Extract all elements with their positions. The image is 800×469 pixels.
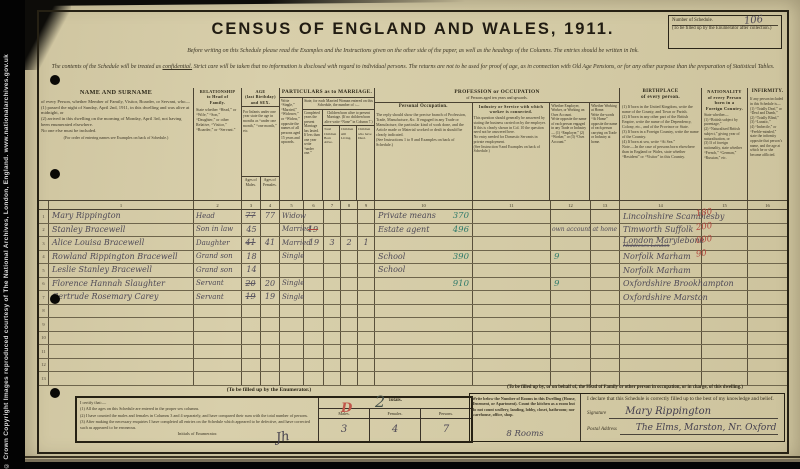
cell-marital-condition	[280, 372, 304, 385]
householder-box: Write below the Number of Rooms in this …	[469, 393, 785, 442]
cell-children-born	[324, 345, 341, 358]
cell-occupation: 910	[375, 278, 473, 291]
cell-relationship	[194, 332, 242, 345]
cell-age-male	[242, 332, 261, 345]
table-row: 1 Mary Rippington Head 77 77 Widow Priva…	[39, 210, 787, 224]
cell-name	[49, 345, 194, 358]
colnum-12: 12	[551, 201, 591, 209]
cell-occupation	[375, 345, 473, 358]
table-row: 12	[39, 359, 787, 373]
cell-industry	[473, 278, 551, 291]
cell-relationship: Grand son	[194, 251, 242, 264]
cell-marital-condition	[280, 305, 304, 318]
table-row: 3 Alice Louisa Bracewell Daughter 41 41 …	[39, 237, 787, 251]
row-number: 11	[39, 345, 49, 358]
colnum-7: 7	[324, 201, 341, 209]
cell-occupation	[375, 332, 473, 345]
cell-marital-condition: Married	[280, 237, 304, 250]
cell-children-born	[324, 359, 341, 372]
cell-children-living	[341, 264, 358, 277]
cell-at-home	[591, 372, 620, 385]
cell-years-married	[304, 291, 324, 304]
address-row: Postal Address The Elms, Marston, Nr. Ox…	[587, 423, 778, 435]
cell-employment-status	[551, 210, 591, 223]
cell-relationship	[194, 359, 242, 372]
cell-children-born	[324, 251, 341, 264]
cell-name	[49, 359, 194, 372]
cell-age-male: 14	[242, 264, 261, 277]
cell-nationality	[702, 318, 748, 331]
cell-relationship	[194, 305, 242, 318]
cell-children-born	[324, 264, 341, 277]
cell-children-died	[358, 264, 375, 277]
cell-birthplace	[620, 359, 702, 372]
signature-label: Signature	[587, 411, 606, 416]
cell-marital-condition	[280, 332, 304, 345]
cell-years-married	[304, 305, 324, 318]
cell-infirmity	[748, 291, 787, 304]
schedule-number-note: (To be filled up by the Enumerator after…	[672, 26, 778, 32]
cell-employment-status	[551, 345, 591, 358]
cell-age-male: 77	[242, 210, 261, 223]
colnum-9: 9	[358, 201, 375, 209]
colnum-11: 11	[473, 201, 551, 209]
table-row: 10	[39, 332, 787, 346]
tabulation-code: 000	[695, 234, 712, 246]
cell-at-home	[591, 305, 620, 318]
copyright-text: © Crown Copyright Images reproduced cour…	[3, 0, 10, 469]
cell-occupation	[375, 372, 473, 385]
cell-birthplace	[620, 345, 702, 358]
cell-nationality: 000	[702, 237, 748, 250]
colnum-16: 16	[748, 201, 787, 209]
header-ages-females: Ages of Females.	[261, 177, 279, 200]
scan-artifact-dot	[50, 169, 60, 179]
cell-employment-status	[551, 291, 591, 304]
signature-row: Signature Mary Rippington	[587, 406, 778, 419]
cell-occupation: School390	[375, 251, 473, 264]
colnum-3: 3	[242, 201, 261, 209]
occupation-code: 390	[453, 252, 469, 262]
cell-at-home	[591, 291, 620, 304]
cell-children-died	[358, 332, 375, 345]
cell-marital-condition	[280, 264, 304, 277]
occupation-code: 496	[453, 225, 469, 235]
declaration-area: I declare that this Schedule is correctl…	[581, 394, 784, 441]
cell-name	[49, 318, 194, 331]
cell-nationality	[702, 278, 748, 291]
cell-infirmity	[748, 372, 787, 385]
cell-years-married	[304, 318, 324, 331]
scan-edge-shadow	[25, 0, 465, 6]
cell-name: Stanley Bracewell	[49, 224, 194, 237]
scan-artifact-dot	[50, 388, 60, 398]
cell-industry	[473, 332, 551, 345]
cell-nationality	[702, 264, 748, 277]
colnum-6: 6	[304, 201, 324, 209]
cell-relationship: Son in law	[194, 224, 242, 237]
cell-years-married	[304, 278, 324, 291]
schedule-table: NAME AND SURNAME of every Person, whethe…	[39, 88, 787, 386]
cell-children-living	[341, 251, 358, 264]
cell-at-home	[591, 332, 620, 345]
cell-name: Mary Rippington	[49, 210, 194, 223]
address-value: The Elms, Marston, Nr. Oxford	[620, 423, 778, 435]
cell-employment-status	[551, 332, 591, 345]
table-row: 6 Florence Hannah Slaughter Servant 20 2…	[39, 278, 787, 292]
cell-infirmity	[748, 318, 787, 331]
row-number: 12	[39, 359, 49, 372]
signature-value: Mary Rippington	[609, 406, 778, 419]
cell-children-died	[358, 278, 375, 291]
table-row: 4 Rowland Rippington Bracewell Grand son…	[39, 251, 787, 265]
name-value: Rowland Rippington Bracewell	[52, 253, 178, 261]
cell-relationship: Head	[194, 210, 242, 223]
cell-age-female	[261, 372, 280, 385]
row-number: 4	[39, 251, 49, 264]
cell-age-male	[242, 305, 261, 318]
cell-children-died	[358, 372, 375, 385]
cell-age-male: 19	[242, 291, 261, 304]
cell-birthplace: Norfolk Marham	[620, 251, 702, 264]
cell-industry	[473, 372, 551, 385]
row-number: 9	[39, 318, 49, 331]
colnum-8: 8	[341, 201, 358, 209]
cell-children-died	[358, 305, 375, 318]
cell-age-male: 41	[242, 237, 261, 250]
cell-at-home	[591, 318, 620, 331]
cell-at-home	[591, 237, 620, 250]
cell-name	[49, 305, 194, 318]
cell-infirmity	[748, 278, 787, 291]
cell-nationality	[702, 345, 748, 358]
column-number-row: 1 2 3 4 5 6 7 8 9 10 11 12 13 14 15 16	[39, 201, 787, 210]
table-row: 7 Gertrude Rosemary Carey Servant 19 19 …	[39, 291, 787, 305]
cell-birthplace	[620, 372, 702, 385]
cell-children-living	[341, 345, 358, 358]
cell-age-female	[261, 224, 280, 237]
cell-children-living	[341, 359, 358, 372]
name-value: Mary Rippington	[52, 212, 121, 220]
row-number: 7	[39, 291, 49, 304]
cell-nationality	[702, 305, 748, 318]
occupation-code: 910	[453, 279, 469, 289]
cell-age-female	[261, 251, 280, 264]
header-years-married: Completed years the present Marriage has…	[303, 110, 323, 200]
cell-children-born	[324, 210, 341, 223]
enumerator-certification: I certify that:— (1) All the ages on thi…	[77, 398, 318, 441]
row-number: 13	[39, 372, 49, 385]
occupation-code: 370	[453, 211, 469, 221]
row-number: 5	[39, 264, 49, 277]
cell-years-married	[304, 345, 324, 358]
cell-children-died	[358, 224, 375, 237]
cell-children-living	[341, 291, 358, 304]
cell-age-female	[261, 318, 280, 331]
cell-marital-condition: Married	[280, 224, 304, 237]
enumerator-section-header: (To be filled up by the Enumerator.)	[89, 387, 449, 393]
cell-years-married	[304, 251, 324, 264]
cell-years-married	[304, 372, 324, 385]
cell-children-born	[324, 305, 341, 318]
header-working-at-home: Whether Working at Home. Write the words…	[590, 103, 619, 200]
cell-employment-status	[551, 359, 591, 372]
table-header: NAME AND SURNAME of every Person, whethe…	[39, 88, 787, 201]
cell-relationship	[194, 318, 242, 331]
cell-children-born	[324, 278, 341, 291]
cell-relationship: Servant	[194, 291, 242, 304]
cell-infirmity	[748, 345, 787, 358]
cell-name: Rowland Rippington Bracewell	[49, 251, 194, 264]
cell-industry	[473, 345, 551, 358]
cell-marital-condition: Single	[280, 251, 304, 264]
header-ages-males: Ages of Males.	[242, 177, 261, 200]
cell-at-home	[591, 264, 620, 277]
table-row: 2 Stanley Bracewell Son in law 45 Marrie…	[39, 224, 787, 238]
cell-years-married	[304, 332, 324, 345]
cell-nationality	[702, 291, 748, 304]
scan-artifact-dot	[50, 75, 60, 85]
cell-occupation: Private means370	[375, 210, 473, 223]
cell-at-home	[591, 345, 620, 358]
header-name: NAME AND SURNAME of every Person, whethe…	[39, 88, 194, 200]
cell-children-died	[358, 291, 375, 304]
cell-children-living	[341, 372, 358, 385]
rooms-instruction: Write below the Number of Rooms in this …	[470, 394, 581, 441]
row-number: 1	[39, 210, 49, 223]
schedule-number-value: 106	[743, 14, 763, 27]
cell-at-home	[591, 251, 620, 264]
header-children-died: Children who have Died.	[357, 126, 374, 200]
colnum-14: 14	[620, 201, 702, 209]
cell-children-born	[324, 318, 341, 331]
cell-age-male	[242, 345, 261, 358]
cell-years-married: 19	[304, 237, 324, 250]
instruction-line-2: The contents of the Schedule will be tre…	[47, 64, 779, 70]
name-value: Stanley Bracewell	[52, 226, 125, 234]
cell-infirmity	[748, 237, 787, 250]
colnum-5: 5	[280, 201, 304, 209]
table-row: 9	[39, 318, 787, 332]
colnum-10: 10	[375, 201, 473, 209]
cell-industry	[473, 224, 551, 237]
cell-children-died	[358, 318, 375, 331]
cell-age-female	[261, 345, 280, 358]
cell-name: Alice Louisa Bracewell	[49, 237, 194, 250]
cell-marital-condition: Single	[280, 291, 304, 304]
cell-name: Leslie Stanley Bracewell	[49, 264, 194, 277]
cell-birthplace: Oxfordshire Marston	[620, 291, 702, 304]
cell-children-living: 2	[341, 237, 358, 250]
cell-years-married: 19	[304, 224, 324, 237]
cell-occupation	[375, 318, 473, 331]
females-total: 4	[392, 425, 398, 435]
cell-nationality	[702, 332, 748, 345]
cell-nationality: 90	[702, 251, 748, 264]
employment-code: 9	[554, 252, 559, 262]
cell-infirmity	[748, 224, 787, 237]
cell-marital-condition	[280, 345, 304, 358]
header-industry: Industry or Service with which worker is…	[473, 103, 551, 200]
cell-industry	[473, 210, 551, 223]
rooms-value: 8 Rooms	[470, 429, 580, 439]
employment-code: 9	[554, 279, 559, 289]
cell-employment-status: own account at home	[551, 224, 591, 237]
census-scan-page: © Crown Copyright Images reproduced cour…	[0, 0, 800, 469]
cell-infirmity	[748, 305, 787, 318]
cell-years-married	[304, 359, 324, 372]
cell-birthplace	[620, 305, 702, 318]
cell-age-female	[261, 359, 280, 372]
cell-relationship	[194, 345, 242, 358]
colnum-4: 4	[261, 201, 280, 209]
paper-fold-line	[25, 456, 800, 458]
cell-name	[49, 332, 194, 345]
cell-infirmity	[748, 332, 787, 345]
row-number: 6	[39, 278, 49, 291]
cell-industry	[473, 318, 551, 331]
cell-birthplace: Oxfordshire Brookhampton	[620, 278, 702, 291]
cell-at-home	[591, 359, 620, 372]
cell-years-married	[304, 264, 324, 277]
cell-employment-status	[551, 237, 591, 250]
scan-artifact-dot	[50, 294, 60, 304]
colnum-2: 2	[194, 201, 242, 209]
table-row: 11	[39, 345, 787, 359]
cell-industry	[473, 359, 551, 372]
cell-relationship: Grand son	[194, 264, 242, 277]
cell-infirmity	[748, 359, 787, 372]
cell-children-living	[341, 332, 358, 345]
persons-label: Persons.	[421, 409, 471, 418]
header-personal-occupation: Personal Occupation. The reply should sh…	[375, 103, 473, 200]
cell-employment-status: 9	[551, 278, 591, 291]
cell-employment-status	[551, 318, 591, 331]
cell-children-born: 3	[324, 237, 341, 250]
cell-age-female: 19	[261, 291, 280, 304]
red-enumerator-mark: D	[341, 401, 352, 416]
colnum-1: 1	[49, 201, 194, 209]
cell-employment-status: 9	[551, 251, 591, 264]
cell-age-male	[242, 372, 261, 385]
header-marital-condition: Write “Single,” “Married,” “Widower,” or…	[280, 98, 303, 200]
householder-section-header: (To be filled up by, or on behalf of, th…	[463, 385, 787, 390]
header-children-living: Children still Living.	[340, 126, 357, 200]
cell-employment-status	[551, 264, 591, 277]
header-children-born: Total Children Born Alive.	[323, 126, 340, 200]
cell-children-living	[341, 210, 358, 223]
cell-marital-condition: Widow	[280, 210, 304, 223]
cell-age-male: 18	[242, 251, 261, 264]
cell-nationality	[702, 359, 748, 372]
cell-age-female: 77	[261, 210, 280, 223]
cell-birthplace: Timworth Suffolk	[620, 224, 702, 237]
tabulation-code: 200	[695, 220, 712, 232]
cell-age-male: 20	[242, 278, 261, 291]
cell-at-home	[591, 210, 620, 223]
enumerator-initials-signature: Jh	[275, 429, 291, 446]
cell-birthplace: Lincolnshire Scamblesby	[620, 210, 702, 223]
address-label: Postal Address	[587, 427, 617, 432]
cell-age-male	[242, 318, 261, 331]
cell-children-died: 1	[358, 237, 375, 250]
cell-infirmity	[748, 251, 787, 264]
cell-at-home	[591, 278, 620, 291]
cell-birthplace	[620, 332, 702, 345]
header-infirmity: INFIRMITY. If any person included in thi…	[748, 88, 787, 200]
cell-years-married	[304, 210, 324, 223]
cell-children-died	[358, 251, 375, 264]
colnum-13: 13	[591, 201, 620, 209]
row-number: 10	[39, 332, 49, 345]
cell-employment-status	[551, 372, 591, 385]
cell-children-died	[358, 359, 375, 372]
cell-relationship: Servant	[194, 278, 242, 291]
row-number: 8	[39, 305, 49, 318]
cell-industry	[473, 237, 551, 250]
schedule-number-box: Number of Schedule. (To be filled up by …	[668, 15, 782, 49]
cell-birthplace: London MaryleboneMiddlesex London	[620, 237, 702, 250]
cell-infirmity	[748, 210, 787, 223]
cell-children-born	[324, 332, 341, 345]
cell-birthplace	[620, 318, 702, 331]
cell-occupation	[375, 359, 473, 372]
enumerator-box: I certify that:— (1) All the ages on thi…	[75, 396, 473, 443]
archive-copyright-strip: © Crown Copyright Images reproduced cour…	[0, 0, 25, 469]
cell-children-living	[341, 318, 358, 331]
cell-name: Florence Hannah Slaughter	[49, 278, 194, 291]
cell-marital-condition	[280, 318, 304, 331]
cell-children-died	[358, 345, 375, 358]
header-employment-status: Whether Employer, Worker, or Working on …	[550, 103, 590, 200]
row-number: 3	[39, 237, 49, 250]
cell-birthplace: Norfolk Marham	[620, 264, 702, 277]
declaration-text: I declare that this Schedule is correctl…	[587, 396, 778, 402]
cell-nationality	[702, 372, 748, 385]
cell-occupation	[375, 237, 473, 250]
cell-name	[49, 372, 194, 385]
cell-marital-condition	[280, 359, 304, 372]
cell-age-female: 41	[261, 237, 280, 250]
name-value: Alice Louisa Bracewell	[52, 239, 144, 247]
cell-age-female	[261, 332, 280, 345]
name-value: Gertrude Rosemary Carey	[52, 293, 158, 301]
cell-children-living	[341, 305, 358, 318]
tabulation-code: 90	[695, 248, 707, 259]
header-profession: PROFESSION or OCCUPATION of Persons aged…	[375, 88, 620, 200]
cell-age-male: 45	[242, 224, 261, 237]
table-row: 8	[39, 305, 787, 319]
cell-age-male	[242, 359, 261, 372]
name-value: Florence Hannah Slaughter	[52, 280, 165, 288]
cell-occupation	[375, 305, 473, 318]
cell-relationship: Daughter	[194, 237, 242, 250]
census-paper: CENSUS OF ENGLAND AND WALES, 1911. Numbe…	[25, 0, 800, 462]
cell-children-born	[324, 372, 341, 385]
cell-children-born	[324, 291, 341, 304]
name-value: Leslie Stanley Bracewell	[52, 266, 152, 274]
tabulation-code: 180	[695, 207, 712, 219]
persons-total: 7	[443, 425, 449, 435]
cell-occupation: Estate agent496	[375, 224, 473, 237]
cell-occupation: School	[375, 264, 473, 277]
header-birthplace: BIRTHPLACE of every person. (1) If born …	[620, 88, 702, 200]
cell-children-born	[324, 224, 341, 237]
table-row: 5 Leslie Stanley Bracewell Grand son 14 …	[39, 264, 787, 278]
cell-industry	[473, 291, 551, 304]
instruction-line-1: Before writing on this Schedule please r…	[99, 48, 727, 54]
cell-industry	[473, 264, 551, 277]
